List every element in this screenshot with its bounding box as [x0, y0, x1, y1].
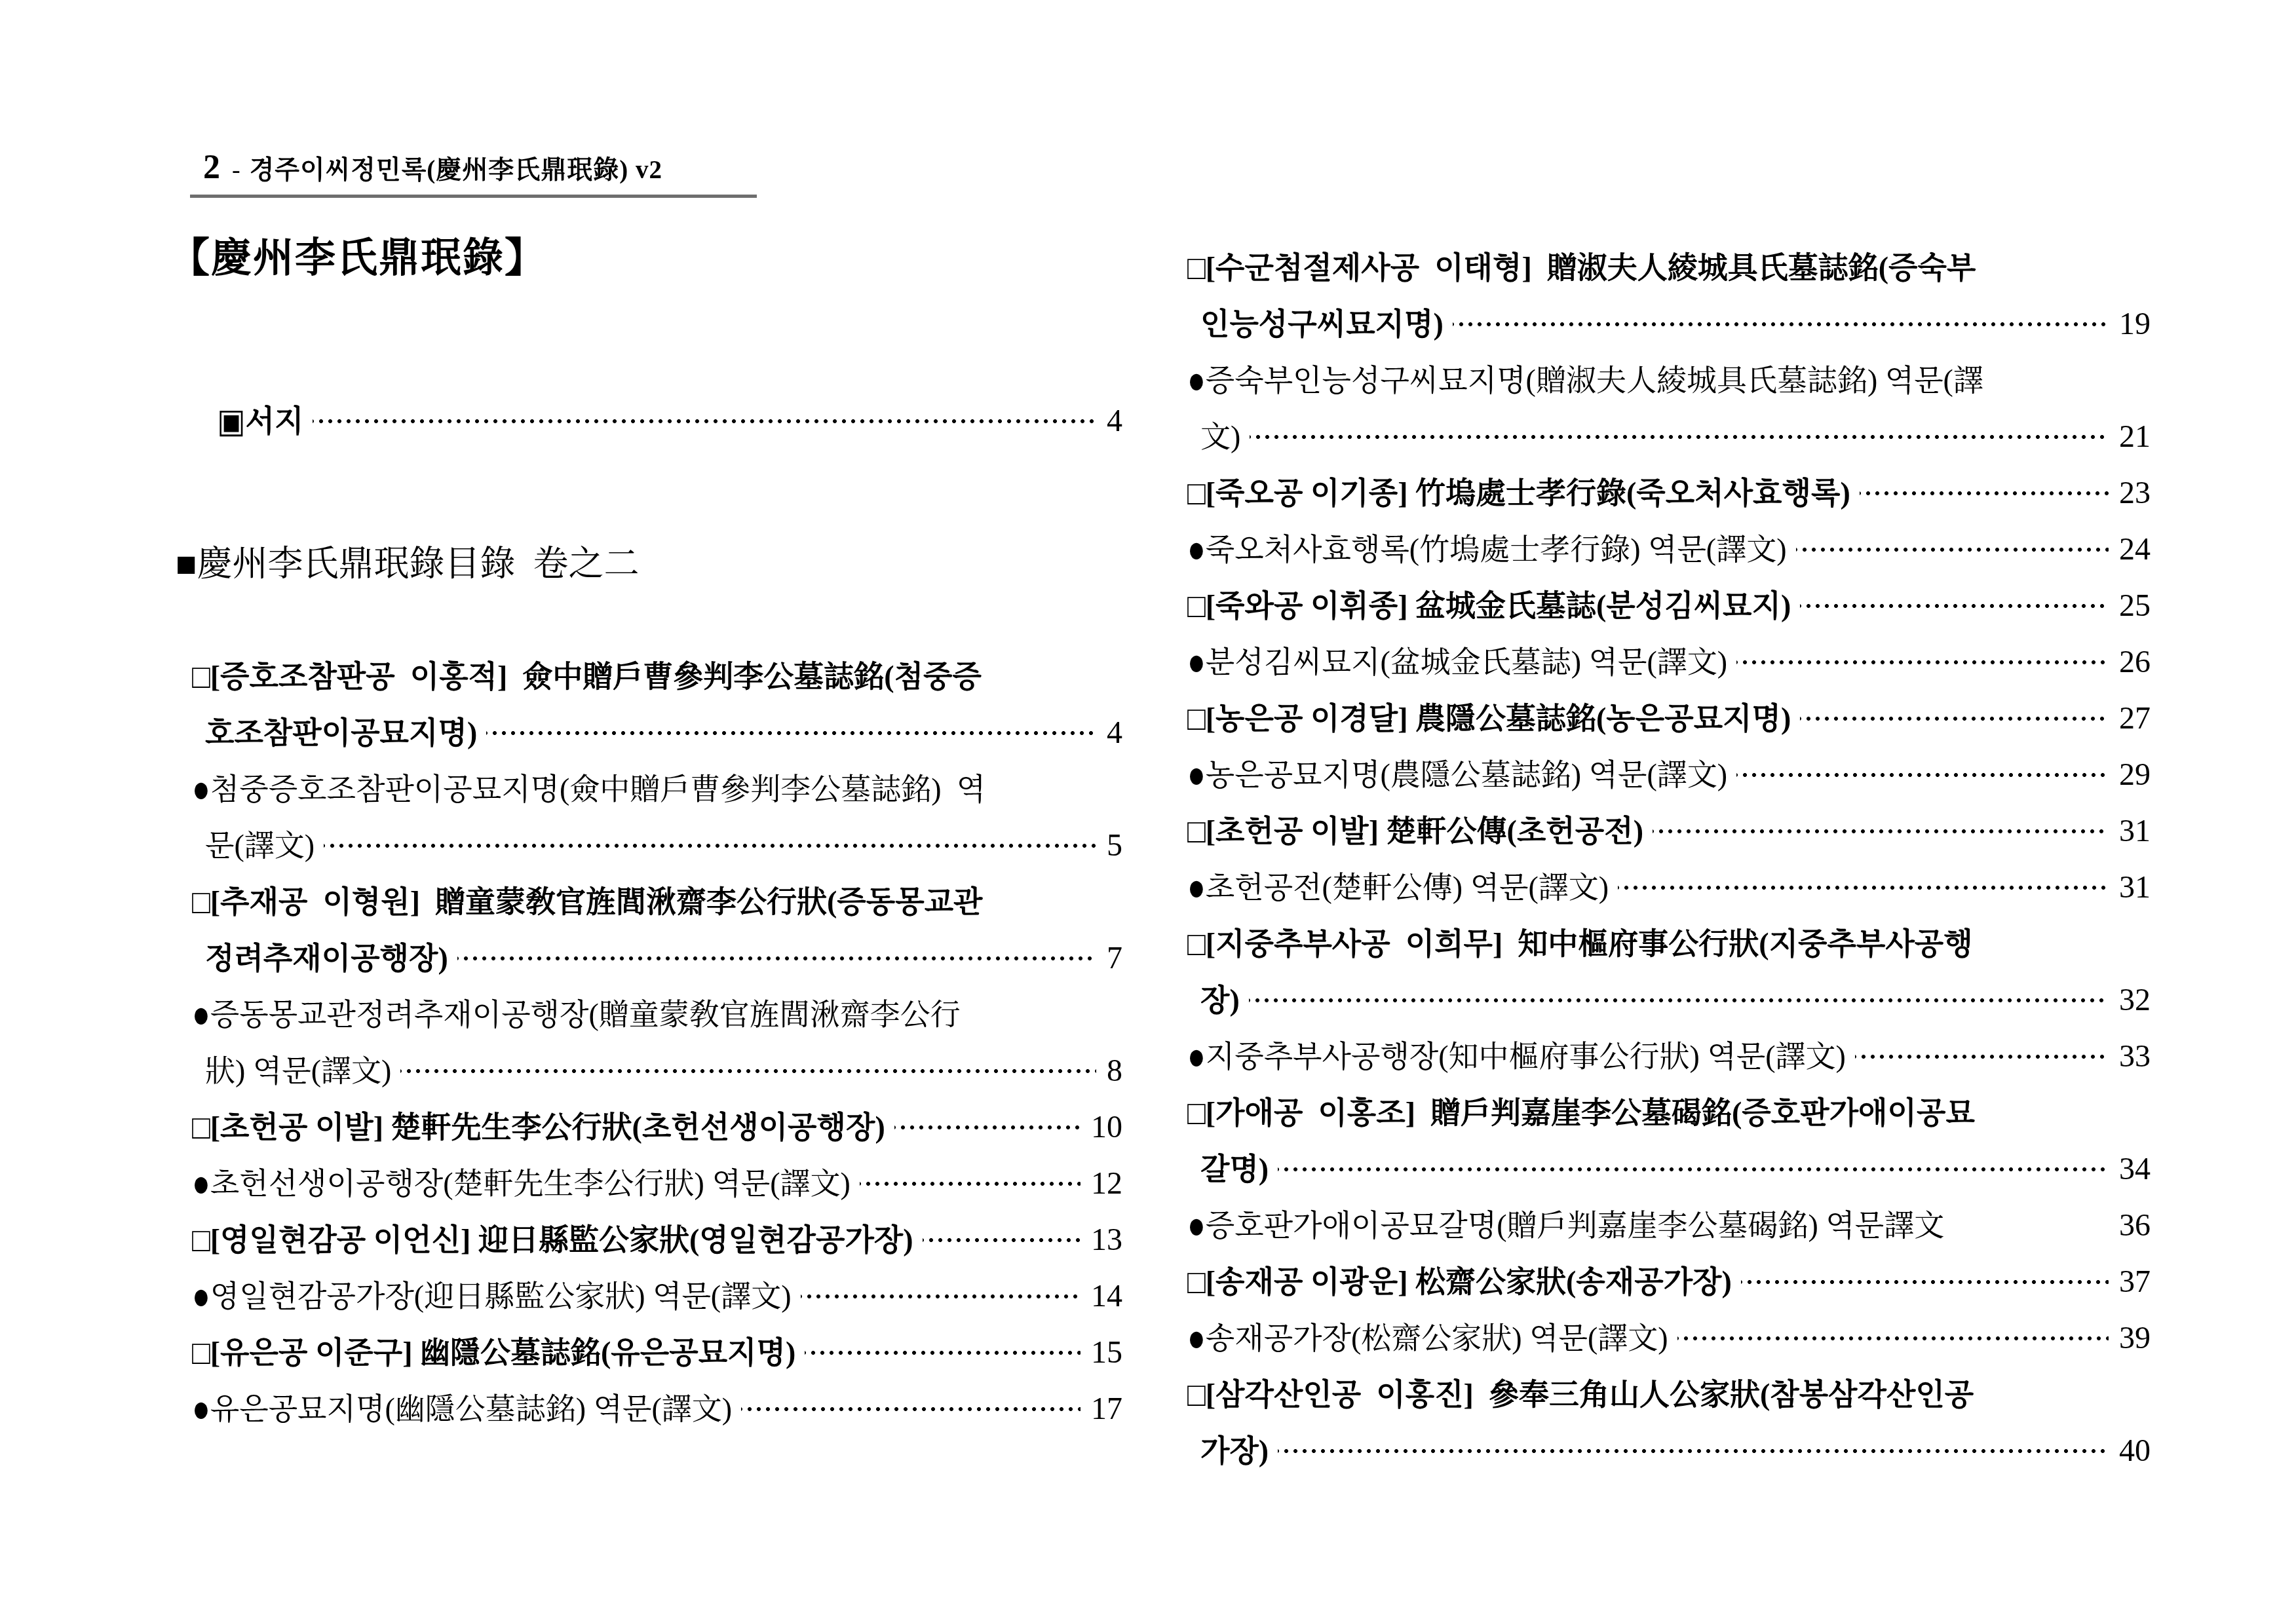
toc-entry-line: □[지중추부사공 이희무] 知中樞府事公行狀(지중추부사공행: [1187, 916, 2151, 972]
entry-text: 갈명): [1200, 1141, 1269, 1198]
toc-entry-line: ●유은공묘지명(幽隱公墓誌銘) 역문(譯文)17: [192, 1381, 1122, 1437]
dot-leader: [1736, 747, 2109, 803]
entry-text: [초헌공 이발] 楚軒先生李公行狀(초헌선생이공행장): [210, 1099, 885, 1156]
toc-entry-headword: □[죽와공 이휘종] 盆城金氏墓誌(분성김씨묘지)25: [1187, 578, 2151, 634]
dot-leader: [1953, 1198, 2109, 1254]
running-page-number: 2: [190, 148, 220, 187]
book-title: 【慶州李氏鼎珉錄】: [169, 225, 546, 284]
toc-entry-seoji: ▣ 서지 4: [192, 393, 1122, 449]
toc-entry-headword: □[추재공 이형원] 贈童蒙敎官旌閭湫齋李公行狀(증동몽교관정려추재이공행장)7: [192, 874, 1122, 987]
toc-entry-line: ●초헌공전(楚軒公傳) 역문(譯文)31: [1187, 859, 2151, 916]
entry-text: 장): [1200, 972, 1240, 1029]
entry-text: [죽와공 이휘종] 盆城金氏墓誌(분성김씨묘지): [1206, 578, 1791, 634]
entry-text: [영일현감공 이언신] 迎日縣監公家狀(영일현감공가장): [210, 1212, 913, 1268]
page-number: 23: [2119, 465, 2151, 521]
toc-entry-headword: □[영일현감공 이언신] 迎日縣監公家狀(영일현감공가장)13: [192, 1212, 1122, 1268]
toc-entry-line: ●증호판가애이공묘갈명(贈戶判嘉崖李公墓碣銘) 역문譯文36: [1187, 1198, 2151, 1254]
entry-text: 증숙부인능성구씨묘지명(贈淑夫人綾城具氏墓誌銘) 역문(譯: [1206, 364, 1983, 397]
page-header: 2 - 경주이씨정민록(慶州李氏鼎珉錄) v2: [190, 148, 757, 198]
entry-text: 유은공묘지명(幽隱公墓誌銘) 역문(譯文): [210, 1381, 732, 1437]
dot-leader: [1653, 803, 2109, 859]
page-number: 21: [2119, 409, 2151, 465]
dot-leader: [801, 1268, 1081, 1325]
page-number: 25: [2119, 578, 2151, 634]
toc-entry-line: ●분성김씨묘지(盆城金氏墓誌) 역문(譯文)26: [1187, 634, 2151, 690]
toc-entry-line: □[죽오공 이기종] 竹塢處士孝行錄(죽오처사효행록)23: [1187, 465, 2151, 521]
entry-text: [수군첨절제사공 이태형] 贈淑夫人綾城具氏墓誌銘(증숙부: [1206, 251, 1976, 284]
page-number: 19: [2119, 296, 2151, 352]
toc-entry-line: ●농은공묘지명(農隱公墓誌銘) 역문(譯文)29: [1187, 747, 2151, 803]
toc-entry-translation: ●송재공가장(松齋公家狀) 역문(譯文)39: [1187, 1310, 2151, 1367]
entry-text: 증호판가애이공묘갈명(贈戶判嘉崖李公墓碣銘) 역문譯文: [1206, 1198, 1944, 1254]
toc-entry-headword: □[지중추부사공 이희무] 知中樞府事公行狀(지중추부사공행장)32: [1187, 916, 2151, 1029]
page-number: 7: [1107, 930, 1122, 987]
toc-entry-line: □[영일현감공 이언신] 迎日縣監公家狀(영일현감공가장)13: [192, 1212, 1122, 1268]
filled-square-bullet-icon: ■: [176, 536, 197, 592]
dot-leader: [1677, 1310, 2109, 1367]
entry-text: [유은공 이준구] 幽隱公墓誌銘(유은공묘지명): [210, 1325, 796, 1381]
toc-entry-line: ●초헌선생이공행장(楚軒先生李公行狀) 역문(譯文)12: [192, 1156, 1122, 1212]
dot-leader: [1249, 972, 2109, 1029]
toc-entry-line: 文)21: [1187, 409, 2151, 465]
entry-text: 분성김씨묘지(盆城金氏墓誌) 역문(譯文): [1206, 634, 1727, 690]
dot-leader: [1741, 1254, 2109, 1310]
toc-entry-translation: ●농은공묘지명(農隱公墓誌銘) 역문(譯文)29: [1187, 747, 2151, 803]
toc-page: 2 - 경주이씨정민록(慶州李氏鼎珉錄) v2 【慶州李氏鼎珉錄】 ▣ 서지 4…: [0, 0, 2296, 1624]
page-number: 27: [2119, 690, 2151, 747]
dot-leader: [1618, 859, 2109, 916]
page-number: 26: [2119, 634, 2151, 690]
page-number: 8: [1107, 1043, 1122, 1099]
dot-leader: [457, 930, 1096, 987]
toc-entry-line: ●송재공가장(松齋公家狀) 역문(譯文)39: [1187, 1310, 2151, 1367]
entry-text: 초헌선생이공행장(楚軒先生李公行狀) 역문(譯文): [210, 1156, 851, 1212]
page-number: 4: [1107, 705, 1122, 761]
dot-leader: [324, 818, 1096, 874]
dot-leader: [741, 1381, 1081, 1437]
dot-leader: [1250, 409, 2109, 465]
seoji-label: 서지: [245, 393, 303, 449]
toc-entry-line: ●첨중증호조참판이공묘지명(僉中贈戶曹參判李公墓誌銘) 역: [192, 761, 1122, 818]
toc-entry-headword: □[수군첨절제사공 이태형] 贈淑夫人綾城具氏墓誌銘(증숙부인능성구씨묘지명)1…: [1187, 240, 2151, 352]
section-heading: ■慶州李氏鼎珉錄目錄 卷之二: [176, 536, 1122, 592]
left-entries: □[증호조참판공 이홍적] 僉中贈戶曹參判李公墓誌銘(첨중증호조참판이공묘지명)…: [192, 649, 1122, 1437]
dot-leader: [805, 1325, 1081, 1381]
toc-entry-line: □[수군첨절제사공 이태형] 贈淑夫人綾城具氏墓誌銘(증숙부: [1187, 240, 2151, 296]
page-number: 39: [2119, 1310, 2151, 1367]
entry-text: 호조참판이공묘지명): [205, 705, 477, 761]
toc-entry-translation: ●초헌공전(楚軒公傳) 역문(譯文)31: [1187, 859, 2151, 916]
boxed-square-bullet-icon: ▣: [217, 390, 245, 453]
dot-leader: [1800, 578, 2109, 634]
square-bullet-icon: □: [1187, 236, 1206, 299]
toc-entry-line: 인능성구씨묘지명)19: [1187, 296, 2151, 352]
page-number: 4: [1107, 393, 1122, 449]
entry-text: 문(譯文): [205, 818, 315, 874]
page-number: 14: [1091, 1268, 1122, 1325]
square-bullet-icon: □: [1187, 913, 1206, 975]
toc-entry-headword: □[삼각산인공 이홍진] 參奉三角山人公家狀(참봉삼각산인공가장)40: [1187, 1367, 2151, 1479]
toc-entry-line: □[초헌공 이발] 楚軒先生李公行狀(초헌선생이공행장)10: [192, 1099, 1122, 1156]
running-doc-title: 경주이씨정민록(慶州李氏鼎珉錄) v2: [250, 149, 662, 186]
page-number: 17: [1091, 1381, 1122, 1437]
toc-entry-headword: □[농은공 이경달] 農隱公墓誌銘(농은공묘지명)27: [1187, 690, 2151, 747]
dot-leader: [486, 705, 1096, 761]
circle-bullet-icon: ●: [192, 1373, 210, 1445]
toc-entry-translation: ●증동몽교관정려추재이공행장(贈童蒙敎官旌閭湫齋李公行狀) 역문(譯文)8: [192, 987, 1122, 1099]
dot-leader: [923, 1212, 1081, 1268]
toc-entry-headword: □[초헌공 이발] 楚軒公傳(초헌공전)31: [1187, 803, 2151, 859]
entry-text: 영일현감공가장(迎日縣監公家狀) 역문(譯文): [210, 1268, 792, 1325]
square-bullet-icon: □: [192, 645, 210, 708]
entry-text: 文): [1200, 409, 1240, 465]
circle-bullet-icon: ●: [192, 979, 210, 1051]
toc-entry-line: 가장)40: [1187, 1423, 2151, 1479]
dot-leader: [1736, 634, 2109, 690]
toc-entry-line: ●증동몽교관정려추재이공행장(贈童蒙敎官旌閭湫齋李公行: [192, 987, 1122, 1043]
toc-entry-line: □[농은공 이경달] 農隱公墓誌銘(농은공묘지명)27: [1187, 690, 2151, 747]
page-number: 32: [2119, 972, 2151, 1029]
entry-text: [농은공 이경달] 農隱公墓誌銘(농은공묘지명): [1206, 690, 1791, 747]
square-bullet-icon: □: [192, 871, 210, 934]
page-number: 31: [2119, 803, 2151, 859]
page-number: 29: [2119, 747, 2151, 803]
toc-entry-translation: ●유은공묘지명(幽隱公墓誌銘) 역문(譯文)17: [192, 1381, 1122, 1437]
page-number: 10: [1091, 1099, 1122, 1156]
page-number: 24: [2119, 521, 2151, 578]
page-number: 37: [2119, 1254, 2151, 1310]
toc-entry-translation: ●증숙부인능성구씨묘지명(贈淑夫人綾城具氏墓誌銘) 역문(譯文)21: [1187, 352, 2151, 465]
entry-text: [죽오공 이기종] 竹塢處士孝行錄(죽오처사효행록): [1206, 465, 1850, 521]
entry-text: 狀) 역문(譯文): [205, 1043, 391, 1099]
dot-leader: [313, 393, 1096, 449]
entry-text: 송재공가장(松齋公家狀) 역문(譯文): [1206, 1310, 1668, 1367]
page-number: 34: [2119, 1141, 2151, 1198]
dot-leader: [1278, 1141, 2109, 1198]
toc-entry-line: □[유은공 이준구] 幽隱公墓誌銘(유은공묘지명)15: [192, 1325, 1122, 1381]
toc-entry-translation: ●증호판가애이공묘갈명(贈戶判嘉崖李公墓碣銘) 역문譯文36: [1187, 1198, 2151, 1254]
toc-entry-line: □[송재공 이광운] 松齋公家狀(송재공가장)37: [1187, 1254, 2151, 1310]
dot-leader: [1860, 465, 2109, 521]
toc-entry-line: 호조참판이공묘지명)4: [192, 705, 1122, 761]
toc-entry-line: 갈명)34: [1187, 1141, 2151, 1198]
toc-entry-translation: ●첨중증호조참판이공묘지명(僉中贈戶曹參判李公墓誌銘) 역문(譯文)5: [192, 761, 1122, 874]
toc-entry-translation: ●지중추부사공행장(知中樞府事公行狀) 역문(譯文)33: [1187, 1029, 2151, 1085]
toc-entry-line: □[추재공 이형원] 贈童蒙敎官旌閭湫齋李公行狀(증동몽교관: [192, 874, 1122, 930]
entry-text: [송재공 이광운] 松齋公家狀(송재공가장): [1206, 1254, 1732, 1310]
entry-text: 인능성구씨묘지명): [1200, 296, 1444, 352]
entry-text: [초헌공 이발] 楚軒公傳(초헌공전): [1206, 803, 1643, 859]
toc-entry-line: □[가애공 이홍조] 贈戶判嘉崖李公墓碣銘(증호판가애이공묘: [1187, 1085, 2151, 1141]
toc-entry-translation: ●분성김씨묘지(盆城金氏墓誌) 역문(譯文)26: [1187, 634, 2151, 690]
page-number: 5: [1107, 818, 1122, 874]
dot-leader: [1855, 1029, 2109, 1085]
entry-text: [증호조참판공 이홍적] 僉中贈戶曹參判李公墓誌銘(첨중증: [210, 660, 982, 693]
toc-entry-line: □[증호조참판공 이홍적] 僉中贈戶曹參判李公墓誌銘(첨중증: [192, 649, 1122, 705]
toc-entry-line: 문(譯文)5: [192, 818, 1122, 874]
toc-entry-line: ●죽오처사효행록(竹塢處士孝行錄) 역문(譯文)24: [1187, 521, 2151, 578]
entry-text: 첨중증호조참판이공묘지명(僉中贈戶曹參判李公墓誌銘) 역: [210, 772, 985, 806]
square-bullet-icon: □: [1187, 1082, 1206, 1144]
toc-entry-headword: □[죽오공 이기종] 竹塢處士孝行錄(죽오처사효행록)23: [1187, 465, 2151, 521]
header-dash: -: [220, 156, 250, 185]
page-number: 40: [2119, 1423, 2151, 1479]
page-number: 36: [2119, 1198, 2151, 1254]
page-number: 31: [2119, 859, 2151, 916]
section-heading-text: 慶州李氏鼎珉錄目錄 卷之二: [197, 544, 640, 584]
page-number: 33: [2119, 1029, 2151, 1085]
toc-entry-line: ●영일현감공가장(迎日縣監公家狀) 역문(譯文)14: [192, 1268, 1122, 1325]
dot-leader: [1796, 521, 2109, 578]
toc-entry-headword: □[초헌공 이발] 楚軒先生李公行狀(초헌선생이공행장)10: [192, 1099, 1122, 1156]
dot-leader: [1800, 690, 2109, 747]
entry-text: 초헌공전(楚軒公傳) 역문(譯文): [1206, 859, 1609, 916]
right-column: □[수군첨절제사공 이태형] 贈淑夫人綾城具氏墓誌銘(증숙부인능성구씨묘지명)1…: [1187, 240, 2151, 1479]
toc-entry-translation: ●초헌선생이공행장(楚軒先生李公行狀) 역문(譯文)12: [192, 1156, 1122, 1212]
toc-entry-line: □[삼각산인공 이홍진] 參奉三角山人公家狀(참봉삼각산인공: [1187, 1367, 2151, 1423]
toc-entry-headword: □[증호조참판공 이홍적] 僉中贈戶曹參判李公墓誌銘(첨중증호조참판이공묘지명)…: [192, 649, 1122, 761]
entry-text: [삼각산인공 이홍진] 參奉三角山人公家狀(참봉삼각산인공: [1206, 1378, 1974, 1411]
toc-entry-translation: ●영일현감공가장(迎日縣監公家狀) 역문(譯文)14: [192, 1268, 1122, 1325]
toc-entry-line: ●증숙부인능성구씨묘지명(贈淑夫人綾城具氏墓誌銘) 역문(譯: [1187, 352, 2151, 409]
entry-text: 가장): [1200, 1423, 1269, 1479]
toc-entry-translation: ●죽오처사효행록(竹塢處士孝行錄) 역문(譯文)24: [1187, 521, 2151, 578]
toc-entry-headword: □[가애공 이홍조] 贈戶判嘉崖李公墓碣銘(증호판가애이공묘갈명)34: [1187, 1085, 2151, 1198]
square-bullet-icon: □: [1187, 1363, 1206, 1426]
entry-text: 죽오처사효행록(竹塢處士孝行錄) 역문(譯文): [1206, 521, 1787, 578]
entry-text: 정려추재이공행장): [205, 930, 448, 987]
entry-text: [지중추부사공 이희무] 知中樞府事公行狀(지중추부사공행: [1206, 927, 1973, 960]
page-number: 13: [1091, 1212, 1122, 1268]
page-number: 15: [1091, 1325, 1122, 1381]
toc-entry-line: □[죽와공 이휘종] 盆城金氏墓誌(분성김씨묘지)25: [1187, 578, 2151, 634]
entry-text: [추재공 이형원] 贈童蒙敎官旌閭湫齋李公行狀(증동몽교관: [210, 885, 983, 918]
dot-leader: [894, 1099, 1081, 1156]
toc-entry-line: 狀) 역문(譯文)8: [192, 1043, 1122, 1099]
toc-entry-headword: □[송재공 이광운] 松齋公家狀(송재공가장)37: [1187, 1254, 2151, 1310]
dot-leader: [1453, 296, 2109, 352]
circle-bullet-icon: ●: [192, 753, 210, 825]
circle-bullet-icon: ●: [1187, 345, 1206, 417]
entry-text: 증동몽교관정려추재이공행장(贈童蒙敎官旌閭湫齋李公行: [210, 998, 961, 1031]
toc-entry-headword: □[유은공 이준구] 幽隱公墓誌銘(유은공묘지명)15: [192, 1325, 1122, 1381]
entry-text: 농은공묘지명(農隱公墓誌銘) 역문(譯文): [1206, 747, 1727, 803]
toc-entry-line: 정려추재이공행장)7: [192, 930, 1122, 987]
left-column: ▣ 서지 4 ■慶州李氏鼎珉錄目錄 卷之二 □[증호조참판공 이홍적] 僉中贈戶…: [192, 393, 1122, 1437]
page-number: 12: [1091, 1156, 1122, 1212]
entry-text: 지중추부사공행장(知中樞府事公行狀) 역문(譯文): [1206, 1029, 1846, 1085]
entry-text: [가애공 이홍조] 贈戶判嘉崖李公墓碣銘(증호판가애이공묘: [1206, 1096, 1975, 1129]
toc-entry-line: 장)32: [1187, 972, 2151, 1029]
dot-leader: [860, 1156, 1081, 1212]
toc-entry-line: ●지중추부사공행장(知中樞府事公行狀) 역문(譯文)33: [1187, 1029, 2151, 1085]
dot-leader: [1278, 1423, 2109, 1479]
dot-leader: [400, 1043, 1096, 1099]
toc-entry-line: □[초헌공 이발] 楚軒公傳(초헌공전)31: [1187, 803, 2151, 859]
right-entries: □[수군첨절제사공 이태형] 贈淑夫人綾城具氏墓誌銘(증숙부인능성구씨묘지명)1…: [1187, 240, 2151, 1479]
